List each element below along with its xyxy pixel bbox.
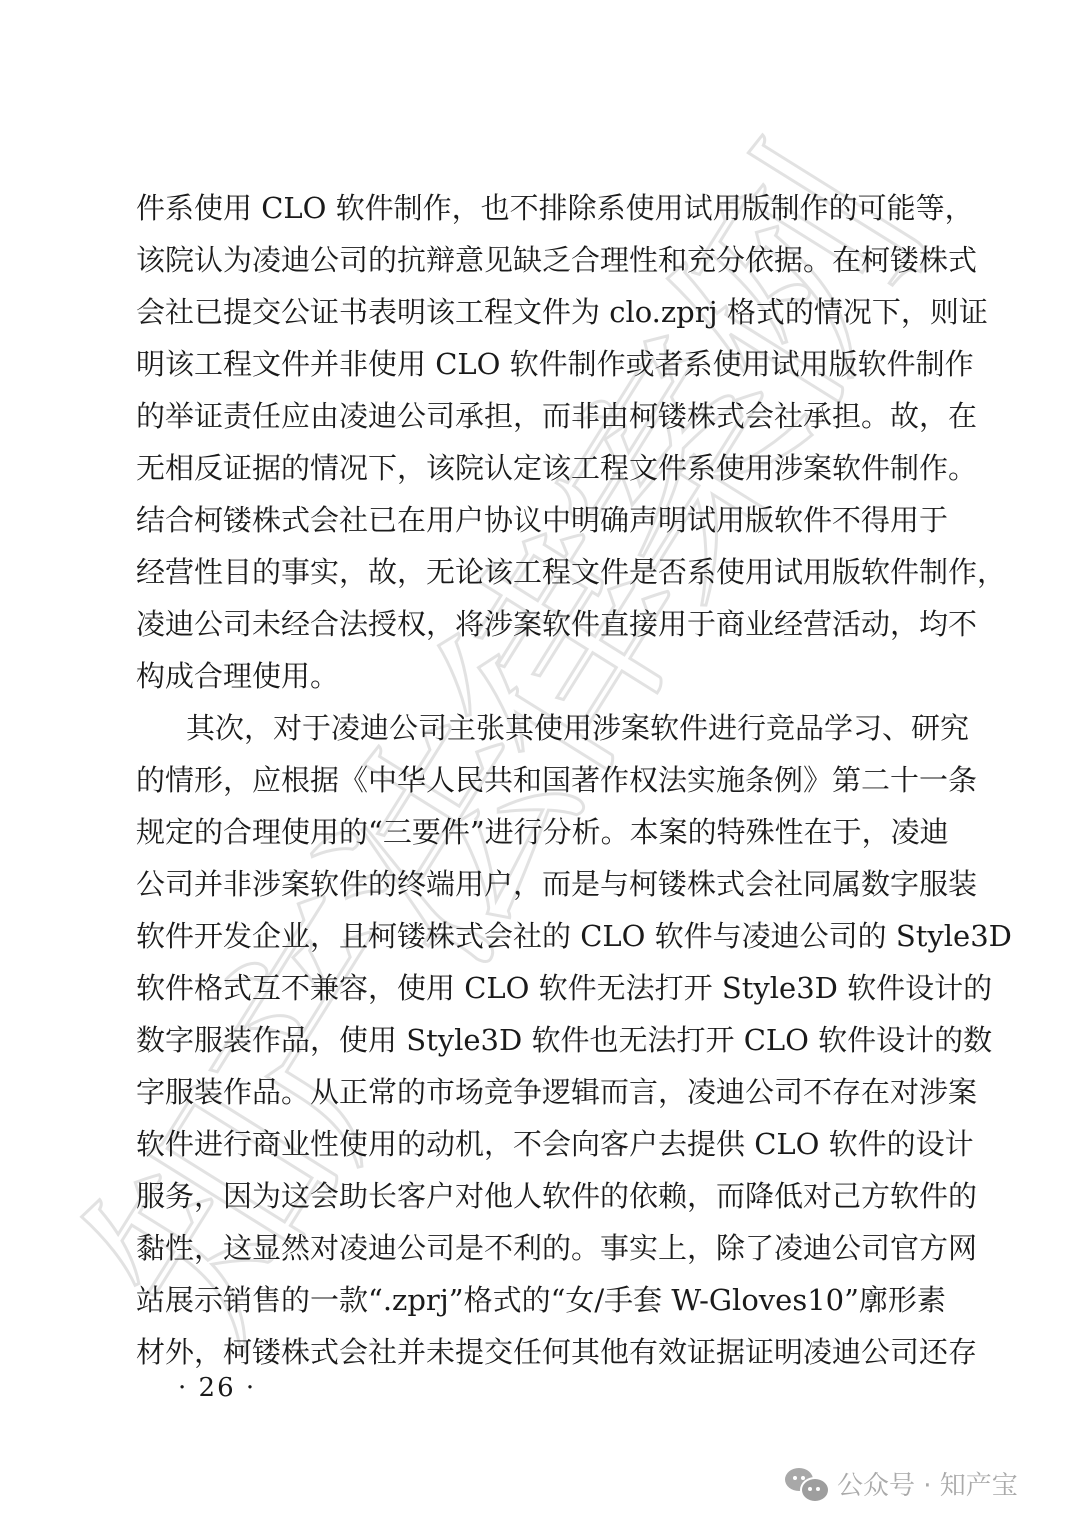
text-line: 软件开发企业，且柯镂株式会社的 CLO 软件与凌迪公司的 Style3D <box>136 910 942 962</box>
text-line: 站展示销售的一款“.zprj”格式的“女/手套 W-Gloves10”廓形素 <box>136 1274 942 1326</box>
text-line: 黏性，这显然对凌迪公司是不利的。事实上，除了凌迪公司官方网 <box>136 1222 942 1274</box>
footer-brand-text: 公众号 · 知产宝 <box>837 1465 1018 1502</box>
text-line: 数字服装作品，使用 Style3D 软件也无法打开 CLO 软件设计的数 <box>136 1014 942 1066</box>
text-line: 其次，对于凌迪公司主张其使用涉案软件进行竞品学习、研究 <box>136 702 942 754</box>
text-line: 软件格式互不兼容，使用 CLO 软件无法打开 Style3D 软件设计的 <box>136 962 942 1014</box>
text-line: 的情形，应根据《中华人民共和国著作权法实施条例》第二十一条 <box>136 754 942 806</box>
page-number: · 26 · <box>178 1373 256 1403</box>
text-line: 公司并非涉案软件的终端用户，而是与柯镂株式会社同属数字服装 <box>136 858 942 910</box>
text-line: 字服装作品。从正常的市场竞争逻辑而言，凌迪公司不存在对涉案 <box>136 1066 942 1118</box>
text-line: 明该工程文件并非使用 CLO 软件制作或者系使用试用版软件制作 <box>136 338 942 390</box>
text-line: 规定的合理使用的“三要件”进行分析。本案的特殊性在于，凌迪 <box>136 806 942 858</box>
text-line: 无相反证据的情况下，该院认定该工程文件系使用涉案软件制作。 <box>136 442 942 494</box>
text-line: 会社已提交公证书表明该工程文件为 clo.zprj 格式的情况下，则证 <box>136 286 942 338</box>
text-line: 该院认为凌迪公司的抗辩意见缺乏合理性和充分依据。在柯镂株式 <box>136 234 942 286</box>
text-line: 材外，柯镂株式会社并未提交任何其他有效证据证明凌迪公司还存 <box>136 1326 942 1378</box>
text-line: 构成合理使用。 <box>136 650 942 702</box>
wechat-icon <box>783 1465 829 1501</box>
text-line: 件系使用 CLO 软件制作，也不排除系使用试用版制作的可能等， <box>136 182 942 234</box>
text-line: 软件进行商业性使用的动机，不会向客户去提供 CLO 软件的设计 <box>136 1118 942 1170</box>
text-line: 结合柯镂株式会社已在用户协议中明确声明试用版软件不得用于 <box>136 494 942 546</box>
footer-brand: 公众号 · 知产宝 <box>783 1463 1018 1503</box>
text-line: 的举证责任应由凌迪公司承担，而非由柯镂株式会社承担。故，在 <box>136 390 942 442</box>
body-text: 件系使用 CLO 软件制作，也不排除系使用试用版制作的可能等， 该院认为凌迪公司… <box>136 182 942 1378</box>
text-line: 凌迪公司未经合法授权，将涉案软件直接用于商业经营活动，均不 <box>136 598 942 650</box>
text-line: 服务，因为这会助长客户对他人软件的依赖，而降低对己方软件的 <box>136 1170 942 1222</box>
document-page: 知产法律案例 件系使用 CLO 软件制作，也不排除系使用试用版制作的可能等， 该… <box>0 0 1080 1528</box>
text-line: 经营性目的事实，故，无论该工程文件是否系使用试用版软件制作， <box>136 546 942 598</box>
